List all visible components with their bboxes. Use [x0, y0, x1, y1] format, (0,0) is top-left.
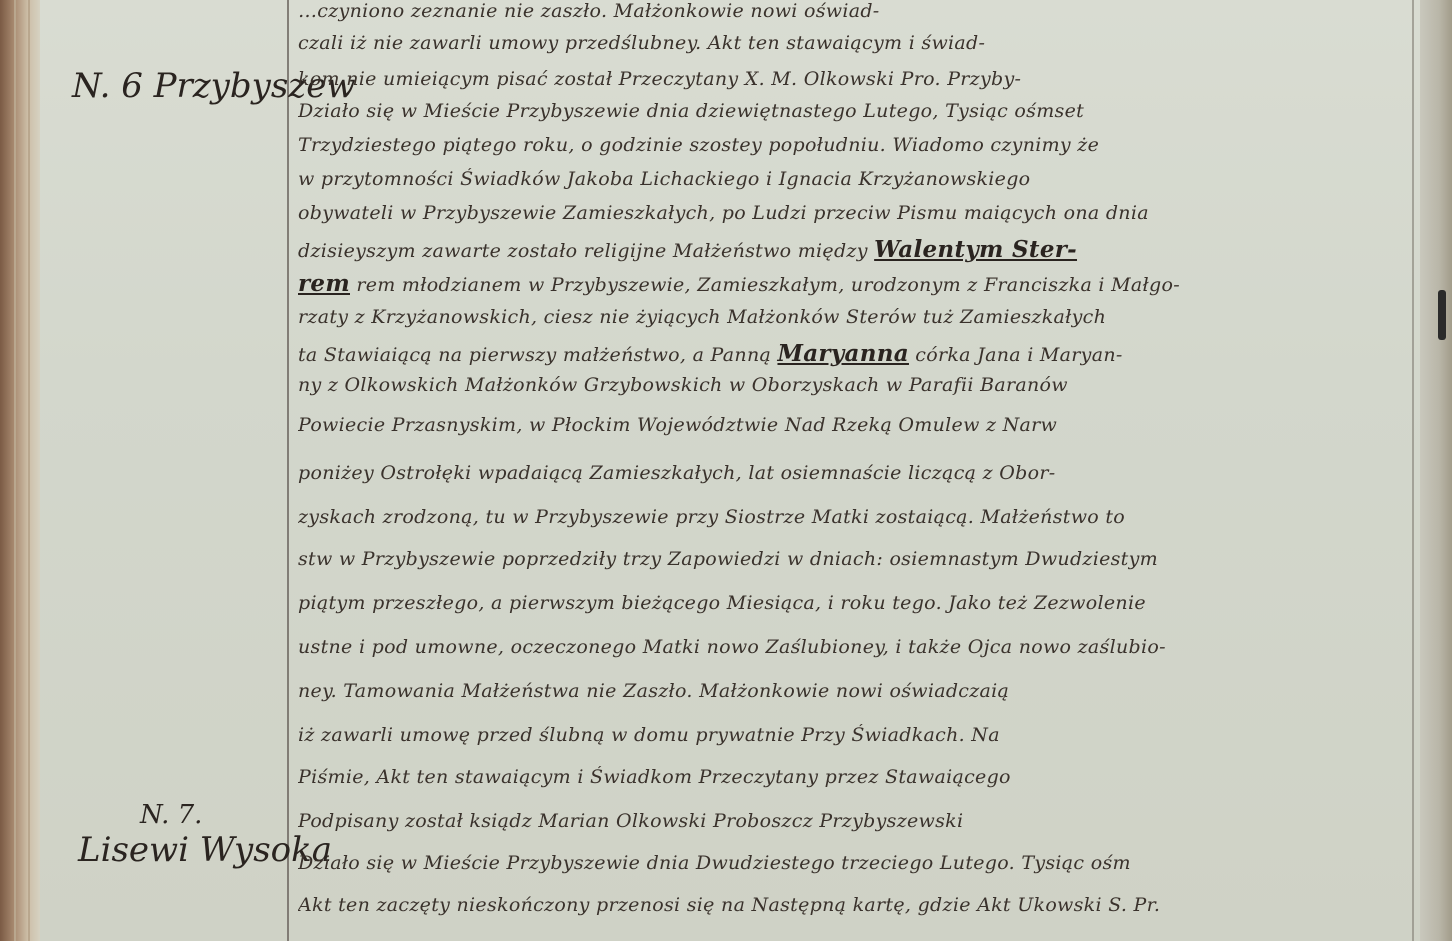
text-line: Powiecie Przasnyskim, w Płockim Wojewódz…	[298, 414, 1408, 454]
text-line: Podpisany został ksiądz Marian Olkowski …	[298, 810, 1408, 850]
margin-rule	[287, 0, 289, 941]
margin-entry-7: Lisewi Wysoka	[78, 830, 332, 870]
binding-edge-line	[14, 0, 16, 941]
right-margin-rule	[1412, 0, 1414, 941]
binding-edge-line	[28, 0, 30, 941]
register-page: N. 6 Przybyszew N. 7. Lisewi Wysoka …czy…	[0, 0, 1452, 941]
text-line: Piśmie, Akt ten stawaiącym i Świadkom Pr…	[298, 766, 1408, 806]
text-segment: córka Jana i Maryan-	[909, 344, 1123, 366]
text-line: stw w Przybyszewie poprzedziły trzy Zapo…	[298, 548, 1408, 588]
text-segment: ta Stawiaiącą na pierwszy małżeństwo, a …	[298, 344, 771, 366]
text-line: iż zawarli umowę przed ślubną w domu pry…	[298, 724, 1408, 764]
groom-name: Walentym Ster-	[874, 236, 1077, 263]
margin-entry-7-number: N. 7.	[140, 800, 202, 830]
text-line: czali iż nie zawarli umowy przedślubney.…	[298, 32, 1408, 72]
text-line: poniżey Ostrołęki wpadaiącą Zamieszkałyc…	[298, 462, 1408, 502]
text-line: ny z Olkowskich Małżonków Grzybowskich w…	[298, 374, 1408, 414]
page-tab	[1438, 290, 1446, 340]
text-segment: dzisieyszym zawarte zostało religijne Ma…	[298, 240, 868, 262]
text-line: Akt ten zaczęty nieskończony przenosi si…	[298, 894, 1408, 934]
book-binding	[0, 0, 40, 941]
text-line: zyskach zrodzoną, tu w Przybyszewie przy…	[298, 506, 1408, 546]
text-segment: rem młodzianem w Przybyszewie, Zamieszka…	[356, 274, 1180, 296]
groom-name-cont: rem	[298, 270, 350, 297]
text-line: ney. Tamowania Małżeństwa nie Zaszło. Ma…	[298, 680, 1408, 720]
text-line: rem rem młodzianem w Przybyszewie, Zamie…	[298, 270, 1408, 310]
text-line: Działo się w Mieście Przybyszewie dnia D…	[298, 852, 1408, 892]
text-line: piątym przeszłego, a pierwszym bieżącego…	[298, 592, 1408, 632]
bride-name: Maryanna	[777, 340, 909, 367]
text-line: ustne i pod umowne, oczeczonego Matki no…	[298, 636, 1408, 676]
page-edge	[1420, 0, 1452, 941]
